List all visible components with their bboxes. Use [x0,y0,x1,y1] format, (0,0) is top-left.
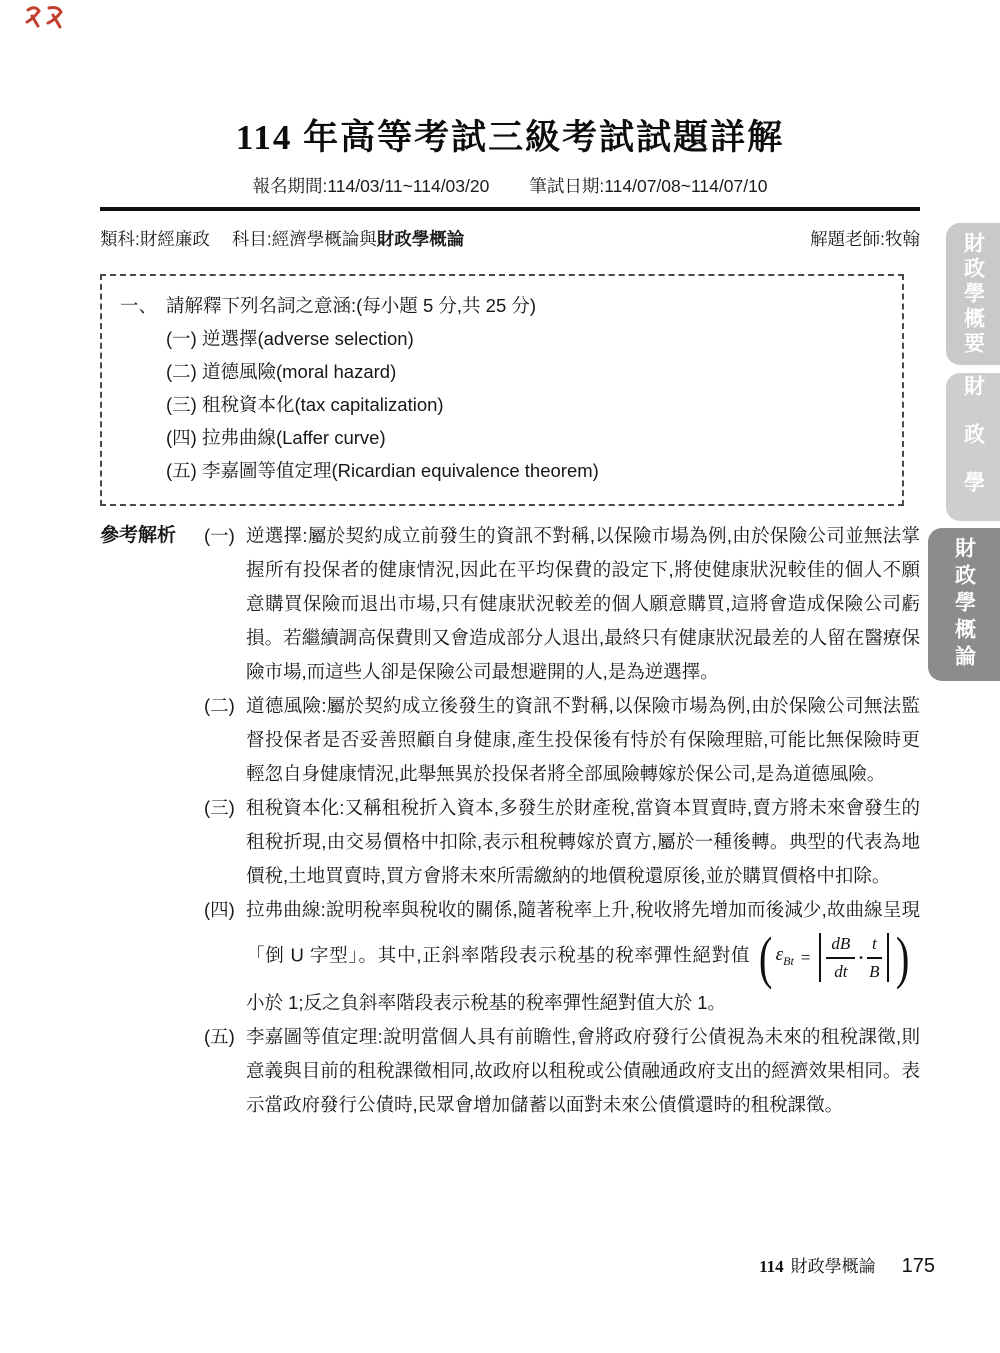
exam-meta-left: 類科:財經廉政 科目:經濟學概論與財政學概論 [100,226,464,251]
footer-book-number: 114 [759,1257,784,1277]
footer-book-name: 財政學概論 [791,1252,876,1277]
solution-teacher: 解題老師:牧翰 [810,226,920,251]
analysis-item: (一) 逆選擇:屬於契約成立前發生的資訊不對稱,以保險市場為例,由於保險公司並無… [204,519,920,689]
exam-dates: 報名期間:114/03/11~114/03/20 筆試日期:114/07/08~… [100,173,920,198]
elasticity-formula: ( εBt = dB dt · t B [756,930,912,985]
formula-fraction-dB-dt: dB dt [826,933,855,982]
formula-equals: = [801,941,811,975]
item-marker: (五) [204,1020,246,1054]
exam-meta-row: 類科:財經廉政 科目:經濟學概論與財政學概論 解題老師:牧翰 [100,226,920,251]
analysis-item: (二) 道德風險:屬於契約成立後發生的資訊不對稱,以保險市場為例,由於保險公司無… [204,689,920,791]
question-item: (三) 租稅資本化(tax capitalization) [166,388,882,421]
item-marker: (三) [204,791,246,825]
page-title: 114 年高等考試三級考試試題詳解 [100,110,920,160]
question-item: (一) 逆選擇(adverse selection) [166,322,882,355]
analysis-item: (三) 租稅資本化:又稱租稅折入資本,多發生於財產稅,當資本買賣時,賣方將未來會… [204,791,920,893]
side-tab-public-finance-intro-active: 財政學概論 [928,528,1000,681]
formula-multiply-dot: · [858,941,864,975]
side-tab-label: 財政學概要 [963,232,984,357]
formula-epsilon: εBt [776,938,794,978]
question-item-list: (一) 逆選擇(adverse selection) (二) 道德風險(mora… [166,322,882,487]
item-marker: (二) [204,689,246,723]
red-pen-marks [22,2,66,44]
question-number: 一、 [120,289,166,322]
footer-page-number: 175 [902,1255,935,1278]
page-footer: 114 財政學概論 175 [759,1252,935,1278]
page-content: 114 年高等考試三級考試試題詳解 報名期間:114/03/11~114/03/… [100,0,920,1122]
formula-abs-bar [887,933,889,982]
exam-subject: 科目:經濟學概論與財政學概論 [232,226,464,251]
side-tab-public-finance-summary: 財政學概要 [946,223,1000,365]
item-text: 道德風險:屬於契約成立後發生的資訊不對稱,以保險市場為例,由於保險公司無法監督投… [246,689,920,791]
formula-fraction-t-B: t B [867,933,882,982]
formula-close-paren: ) [896,930,910,985]
item-text: 租稅資本化:又稱租稅折入資本,多發生於財產稅,當資本買賣時,賣方將未來會發生的租… [246,791,920,893]
formula-open-paren: ( [759,930,773,985]
analysis-item-list: (一) 逆選擇:屬於契約成立前發生的資訊不對稱,以保險市場為例,由於保險公司並無… [204,519,920,1122]
question-box: 一、 請解釋下列名詞之意涵:(每小題 5 分,共 25 分) (一) 逆選擇(a… [100,274,904,506]
question-stem: 請解釋下列名詞之意涵:(每小題 5 分,共 25 分) [166,289,536,322]
side-tab-label: 財政學 [963,375,984,519]
item-marker: (一) [204,519,246,553]
question-item: (二) 道德風險(moral hazard) [166,355,882,388]
side-tab-public-finance: 財政學 [946,373,1000,521]
document-header: 114 年高等考試三級考試試題詳解 報名期間:114/03/11~114/03/… [100,0,920,211]
item-text: 逆選擇:屬於契約成立前發生的資訊不對稱,以保險市場為例,由於保險公司並無法掌握所… [246,519,920,689]
question-stem-row: 一、 請解釋下列名詞之意涵:(每小題 5 分,共 25 分) [120,289,882,322]
side-tab-label: 財政學概論 [954,537,975,672]
analysis-item: (五) 李嘉圖等值定理:說明當個人具有前瞻性,會將政府發行公債視為未來的租稅課徵… [204,1020,920,1122]
written-exam-date: 筆試日期:114/07/08~114/07/10 [529,173,767,198]
registration-period: 報名期間:114/03/11~114/03/20 [252,173,489,198]
analysis-item: (四) 拉弗曲線:說明稅率與稅收的關係,隨著稅率上升,稅收將先增加而後減少,故曲… [204,893,920,1020]
item-text: 李嘉圖等值定理:說明當個人具有前瞻性,會將政府發行公債視為未來的租稅課徵,則意義… [246,1020,920,1122]
formula-abs-bar [819,933,821,982]
item-text: 拉弗曲線:說明稅率與稅收的關係,隨著稅率上升,稅收將先增加而後減少,故曲線呈現「… [246,893,920,1020]
item-text-after-formula: 小於 1;反之負斜率階段表示稅基的稅率彈性絕對值大於 1。 [246,992,726,1013]
exam-subject-bold: 財政學概論 [377,229,465,249]
exam-category: 類科:財經廉政 [100,226,210,251]
header-divider [100,207,920,211]
analysis-label: 參考解析 [100,519,204,1122]
question-item: (四) 拉弗曲線(Laffer curve) [166,421,882,454]
reference-analysis: 參考解析 (一) 逆選擇:屬於契約成立前發生的資訊不對稱,以保險市場為例,由於保… [100,519,920,1122]
item-marker: (四) [204,893,246,927]
question-item: (五) 李嘉圖等值定理(Ricardian equivalence theore… [166,454,882,487]
